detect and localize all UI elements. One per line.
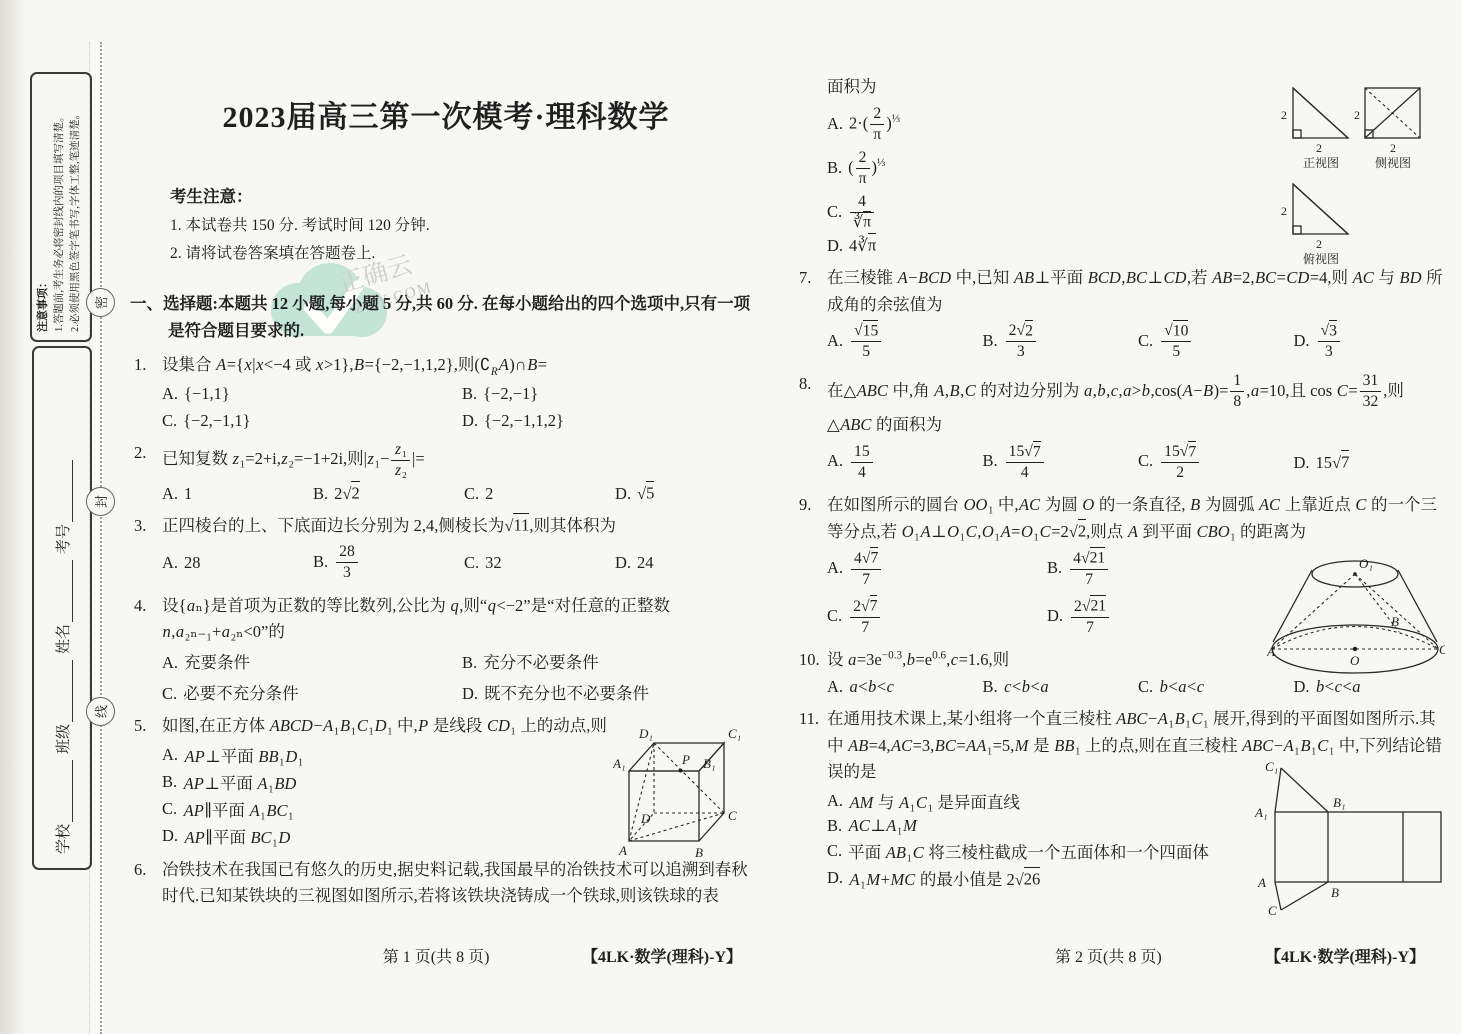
field-blank-line <box>56 560 73 622</box>
question-4: 4.设{aₙ}是首项为正数的等比数列,公比为 q,则“q<−2”是“对任意的正整… <box>130 593 762 704</box>
option-text: 15√72 <box>1159 451 1201 470</box>
option-label: D. <box>1294 453 1310 472</box>
option-A: A.1 <box>162 484 309 504</box>
option-text: b<a<c <box>1159 677 1204 696</box>
side-view-width: 2 <box>1390 141 1396 155</box>
options: A.4√77B.4√217C.2√77D.2√217 <box>795 549 1267 638</box>
option-label: B. <box>827 816 842 836</box>
option-label: A. <box>827 558 843 577</box>
option-text: 2√23 <box>1004 331 1038 350</box>
option-label: A. <box>162 653 178 672</box>
option-text: c<b<a <box>1004 677 1049 696</box>
unfold-label-C: C <box>1268 903 1277 918</box>
options: A.{−1,1}B.{−2,−1}C.{−2,−1,1}D.{−2,−1,1,2… <box>130 384 762 431</box>
scan-edge-shade <box>0 0 26 1034</box>
unfolded-prism-figure: C₁ A₁ B₁ A B C <box>1251 758 1443 918</box>
frustum-label-O1: O₁ <box>1359 556 1373 571</box>
option-label: C. <box>827 606 842 625</box>
option-text: 平面 AB₁C 将三棱柱截成一个五面体和一个四面体 <box>848 839 1209 863</box>
option-text: 15√7 <box>1316 450 1350 472</box>
field-label: 学校 <box>52 824 73 854</box>
question-number: 8. <box>799 371 811 398</box>
option-label: B. <box>983 331 998 350</box>
option-label: A. <box>827 114 843 134</box>
option-text: 2 <box>485 484 493 503</box>
option-text: AP∥平面 A₁BC₁ <box>183 797 294 821</box>
question-stem: 8.在△ABC 中,角 A,B,C 的对边分别为 a,b,c,a>b,cos(A… <box>795 371 1445 439</box>
option-D: D.√5 <box>615 484 762 504</box>
option-B: B.283 <box>313 542 460 583</box>
question-stem: 1.设集合 A={x|x<−4 或 x>1},B={−2,−1,1,2},则(∁… <box>130 352 762 380</box>
page-2: 面积为A.2·(2π)⅓B.(2π)⅓C.4∛πD.4∛π 2 2 正视图 2 … <box>795 0 1445 1034</box>
option-text: √5 <box>637 481 654 503</box>
sidebar-info-box: 学校 班级 姓名 考号 <box>32 346 92 870</box>
cube-label-C: C <box>728 808 737 823</box>
cube-figure: D₁ C₁ A₁ B₁ P D C A B <box>613 725 748 859</box>
options: A.AM 与 A₁C₁ 是异面直线B.AC⊥A₁MC.平面 AB₁C 将三棱柱截… <box>795 789 1287 890</box>
question-stem: 6.冶铁技术在我国已有悠久的历史,据史料记载,我国最早的冶铁技术可以追溯到春秋时… <box>130 857 762 910</box>
option-text: 2·(2π)⅓ <box>849 104 900 145</box>
sidebar-notice-line: 1.答题前,考生务必将密封线内的项目填写清楚。 <box>52 78 68 332</box>
field-name: 姓名 <box>52 560 73 654</box>
option-label: C. <box>162 799 177 819</box>
option-A: A.充要条件 <box>162 649 462 673</box>
option-label: D. <box>462 411 478 430</box>
options: A.1B.2√2C.2D.√5 <box>130 484 762 504</box>
option-label: C. <box>464 553 479 572</box>
cube-label-B: B <box>695 845 703 859</box>
option-text: (2π)⅓ <box>848 148 885 189</box>
option-label: C. <box>827 841 842 861</box>
option-D: D.2√217 <box>1047 597 1267 638</box>
cube-label-B1: B₁ <box>703 756 715 771</box>
side-view-height: 2 <box>1354 108 1360 122</box>
option-label: B. <box>983 677 998 696</box>
top-view-caption: 俯视图 <box>1303 252 1339 266</box>
frustum-figure: A O C O₁ B <box>1267 546 1445 688</box>
cube-label-D1: D₁ <box>638 726 653 741</box>
question-number: 2. <box>134 440 146 467</box>
unfold-label-A1: A₁ <box>1254 805 1267 820</box>
option-label: A. <box>827 451 843 470</box>
front-view-height: 2 <box>1281 108 1287 122</box>
option-D: D.既不充分也不必要条件 <box>462 680 762 704</box>
field-blank-line <box>56 660 73 722</box>
options: A.√155B.2√23C.√105D.√33 <box>795 321 1445 362</box>
cube-label-A1: A₁ <box>613 756 625 771</box>
seal-char-text: 线 <box>91 705 110 718</box>
option-text: 24 <box>637 553 654 572</box>
option-label: B. <box>462 653 477 672</box>
option-text: 2√2 <box>334 481 360 503</box>
paper-code: 【4LK·数学(理科)-Y】 <box>1265 944 1425 967</box>
question-stem: 9.在如图所示的圆台 OO₁ 中,AC 为圆 O 的一条直径, B 为圆弧 AC… <box>795 492 1445 545</box>
option-label: D. <box>162 826 178 846</box>
option-label: A. <box>162 745 178 765</box>
question-stem: 4.设{aₙ}是首项为正数的等比数列,公比为 q,则“q<−2”是“对任意的正整… <box>130 593 762 646</box>
unfold-label-B1: B₁ <box>1333 795 1345 810</box>
question-number: 9. <box>799 492 811 519</box>
cube-label-D: D <box>640 811 651 826</box>
option-C: C.2 <box>464 484 611 504</box>
option-text: 必要不充分条件 <box>183 684 299 703</box>
option-text: AM 与 A₁C₁ 是异面直线 <box>849 789 1020 813</box>
option-A: A.a<b<c <box>827 677 979 697</box>
option-text: AP∥平面 BC₁D <box>184 824 291 848</box>
field-school: 学校 <box>52 760 73 854</box>
options: A.充要条件B.充分不必要条件C.必要不充分条件D.既不充分也不必要条件 <box>130 649 762 704</box>
option-B: B.c<b<a <box>983 677 1135 697</box>
field-label: 姓名 <box>52 624 73 654</box>
option-A: A.4√77 <box>827 549 1047 590</box>
question-stem: 3.正四棱台的上、下底面边长分别为 2,4,侧棱长为√11,则其体积为 <box>130 513 762 540</box>
option-B: B.{−2,−1} <box>462 384 762 404</box>
seal-char-text: 封 <box>91 495 110 508</box>
option-label: D. <box>1047 606 1063 625</box>
option-text: {−1,1} <box>184 384 230 403</box>
option-text: 4∛π <box>849 236 876 256</box>
question-number: 5. <box>134 713 146 740</box>
field-class: 班级 <box>52 660 73 754</box>
option-C: C.32 <box>464 553 611 573</box>
option-text: a<b<c <box>849 677 894 696</box>
page-1: 2023届高三第一次模考·理科数学 考生注意： 1. 本试卷共 150 分. 考… <box>130 0 762 1034</box>
top-view-width: 2 <box>1316 237 1322 251</box>
question-stem: 7.在三棱锥 A−BCD 中,已知 AB⊥平面 BCD,BC⊥CD,若 AB=2… <box>795 265 1445 318</box>
option-A: A.154 <box>827 442 979 483</box>
sidebar-notice-title: 注意事项： <box>35 78 52 332</box>
option-text: A₁M+MC 的最小值是 2√26 <box>849 866 1040 890</box>
options: A.28B.283C.32D.24 <box>130 542 762 583</box>
option-text: 154 <box>849 451 875 470</box>
option-text: AP⊥平面 BB₁D₁ <box>184 743 303 767</box>
unfold-label-B: B <box>1331 885 1339 900</box>
frustum-label-O: O <box>1350 653 1360 668</box>
front-view-caption: 正视图 <box>1303 156 1339 170</box>
question-5: 5.如图,在正方体 ABCD−A₁B₁C₁D₁ 中,P 是线段 CD₁ 上的动点… <box>130 713 762 848</box>
sidebar-notice-line: 2.必须使用黑色签字笔书写,字体工整,笔迹清楚。 <box>68 78 84 332</box>
option-label: A. <box>162 384 178 403</box>
option-text: AP⊥平面 A₁BD <box>183 770 297 794</box>
option-text: √155 <box>849 331 883 350</box>
question-6: 6.冶铁技术在我国已有悠久的历史,据史料记载,我国最早的冶铁技术可以追溯到春秋时… <box>130 857 762 910</box>
question-7: 7.在三棱锥 A−BCD 中,已知 AB⊥平面 BCD,BC⊥CD,若 AB=2… <box>795 265 1445 362</box>
cube-label-P: P <box>681 752 690 767</box>
option-label: A. <box>162 553 178 572</box>
option-B: B.2√23 <box>983 321 1135 362</box>
option-label: C. <box>1138 677 1153 696</box>
option-label: C. <box>162 684 177 703</box>
option-text: 2√77 <box>848 606 882 625</box>
question-11: 11.在通用技术课上,某小组将一个直三棱柱 ABC−A₁B₁C₁ 展开,得到的平… <box>795 706 1445 890</box>
option-D: D.15√7 <box>1294 453 1446 473</box>
notice-line: 1. 本试卷共 150 分. 考试时间 120 分钟. <box>170 212 762 240</box>
option-label: C. <box>827 202 842 222</box>
option-text: {−2,−1} <box>483 384 538 403</box>
option-label: D. <box>462 684 478 703</box>
notice-heading: 考生注意： <box>170 182 762 212</box>
field-examno: 考号 <box>52 460 73 554</box>
page-number: 第 1 页(共 8 页) <box>383 944 490 967</box>
option-A: A.√155 <box>827 321 979 362</box>
option-B: B.4√217 <box>1047 549 1267 590</box>
question-continuation: 面积为A.2·(2π)⅓B.(2π)⅓C.4∛πD.4∛π 2 2 正视图 2 … <box>795 74 1445 256</box>
question-9: 9.在如图所示的圆台 OO₁ 中,AC 为圆 O 的一条直径, B 为圆弧 AC… <box>795 492 1445 638</box>
option-label: A. <box>162 484 178 503</box>
question-number: 11. <box>799 706 819 733</box>
option-C: C.2√77 <box>827 597 1047 638</box>
option-label: B. <box>313 484 328 503</box>
frustum-label-A: A <box>1267 644 1275 659</box>
option-label: A. <box>827 791 843 811</box>
cube-label-A: A <box>618 843 627 858</box>
option-A: A.{−1,1} <box>162 384 462 404</box>
option-label: A. <box>827 677 843 696</box>
three-views-figure: 2 2 正视图 2 2 侧视图 2 2 俯视图 <box>1263 74 1435 270</box>
option-text: 既不充分也不必要条件 <box>484 684 649 703</box>
question-list-page2: 面积为A.2·(2π)⅓B.(2π)⅓C.4∛πD.4∛π 2 2 正视图 2 … <box>795 74 1445 890</box>
sidebar-notice-box: 注意事项： 1.答题前,考生务必将密封线内的项目填写清楚。 2.必须使用黑色签字… <box>30 72 92 342</box>
seal-line <box>100 42 102 1034</box>
page-number: 第 2 页(共 8 页) <box>1055 944 1162 967</box>
top-view-height: 2 <box>1281 204 1287 218</box>
notice-line: 2. 请将试卷答案填在答题卷上. <box>170 240 762 268</box>
option-C: C.15√72 <box>1138 442 1290 483</box>
option-label: B. <box>827 158 842 178</box>
frustum-label-B: B <box>1391 614 1399 629</box>
question-number: 10. <box>799 647 820 674</box>
options: A.154B.15√74C.15√72D.15√7 <box>795 442 1445 483</box>
option-text: 1 <box>184 484 192 503</box>
option-C: C.必要不充分条件 <box>162 680 462 704</box>
option-text: 32 <box>485 553 502 572</box>
question-8: 8.在△ABC 中,角 A,B,C 的对边分别为 a,b,c,a>b,cos(A… <box>795 371 1445 483</box>
option-D: D.{−2,−1,1,2} <box>462 411 762 431</box>
option-B: B.AC⊥A₁M <box>827 816 1287 836</box>
option-label: D. <box>615 484 631 503</box>
cube-label-C1: C₁ <box>728 726 741 741</box>
option-D: D.24 <box>615 553 762 573</box>
question-1: 1.设集合 A={x|x<−4 或 x>1},B={−2,−1,1,2},则(∁… <box>130 352 762 430</box>
option-C: C.{−2,−1,1} <box>162 411 462 431</box>
option-text: {−2,−1,1} <box>183 411 250 430</box>
option-B: B.充分不必要条件 <box>462 649 762 673</box>
option-label: C. <box>464 484 479 503</box>
option-label: B. <box>162 772 177 792</box>
option-text: 4√77 <box>849 558 883 577</box>
option-label: D. <box>827 236 843 256</box>
seal-char-feng: 封 <box>86 487 115 516</box>
question-2: 2.已知复数 z₁=2+i,z₂=−1+2i,则|z₁−z₁z₂|=A.1B.2… <box>130 440 762 504</box>
option-label: A. <box>827 331 843 350</box>
option-B: B.2√2 <box>313 484 460 504</box>
option-C: C.平面 AB₁C 将三棱柱截成一个五面体和一个四面体 <box>827 839 1287 863</box>
option-B: B.15√74 <box>983 442 1135 483</box>
unfold-label-C1: C₁ <box>1265 759 1278 774</box>
candidate-notice: 考生注意： 1. 本试卷共 150 分. 考试时间 120 分钟. 2. 请将试… <box>170 182 762 267</box>
option-D: D.A₁M+MC 的最小值是 2√26 <box>827 866 1287 890</box>
exam-sheet: 密 封 线 注意事项： 1.答题前,考生务必将密封线内的项目填写清楚。 2.必须… <box>0 0 1462 1034</box>
option-label: B. <box>462 384 477 403</box>
question-number: 4. <box>134 593 146 620</box>
option-label: D. <box>827 868 843 888</box>
option-text: 283 <box>334 552 360 571</box>
field-label: 班级 <box>52 724 73 754</box>
question-stem: 2.已知复数 z₁=2+i,z₂=−1+2i,则|z₁−z₁z₂|= <box>130 440 762 481</box>
exam-title: 2023届高三第一次模考·理科数学 <box>130 92 762 136</box>
option-A: A.AM 与 A₁C₁ 是异面直线 <box>827 789 1287 813</box>
option-text: 充分不必要条件 <box>483 653 599 672</box>
option-A: A.28 <box>162 553 309 573</box>
option-label: C. <box>1138 331 1153 350</box>
field-label: 考号 <box>52 524 73 554</box>
option-label: D. <box>615 553 631 572</box>
question-3: 3.正四棱台的上、下底面边长分别为 2,4,侧棱长为√11,则其体积为A.28B… <box>130 513 762 584</box>
option-text: AC⊥A₁M <box>848 816 917 836</box>
question-list-page1: 1.设集合 A={x|x<−4 或 x>1},B={−2,−1,1,2},则(∁… <box>130 352 762 910</box>
question-number: 1. <box>134 352 146 379</box>
option-label: B. <box>1047 558 1062 577</box>
seal-char-xian: 线 <box>86 697 115 726</box>
paper-code: 【4LK·数学(理科)-Y】 <box>582 944 742 967</box>
option-label: B. <box>313 552 328 571</box>
option-label: B. <box>983 451 998 470</box>
option-text: 充要条件 <box>184 653 250 672</box>
option-text: 28 <box>184 553 201 572</box>
unfold-label-A: A <box>1257 875 1266 890</box>
seal-char-mi: 密 <box>86 288 115 317</box>
option-label: D. <box>1294 331 1310 350</box>
option-text: 4∛π <box>848 192 876 233</box>
side-view-caption: 侧视图 <box>1375 156 1411 170</box>
question-number: 6. <box>134 857 146 884</box>
option-text: √33 <box>1316 331 1342 350</box>
question-number: 3. <box>134 513 146 540</box>
option-text: √105 <box>1159 331 1193 350</box>
option-D: D.√33 <box>1294 321 1446 362</box>
option-text: 4√217 <box>1068 558 1110 577</box>
section-heading: 一、选择题:本题共 12 小题,每小题 5 分,共 60 分. 在每小题给出的四… <box>130 291 762 344</box>
question-number: 7. <box>799 265 811 292</box>
field-blank-line <box>56 760 73 822</box>
field-blank-line <box>56 460 73 522</box>
frustum-label-C: C <box>1439 642 1445 657</box>
option-text: {−2,−1,1,2} <box>484 411 564 430</box>
option-label: C. <box>162 411 177 430</box>
option-text: 2√217 <box>1069 606 1111 625</box>
option-C: C.√105 <box>1138 321 1290 362</box>
seal-char-text: 密 <box>91 296 110 309</box>
option-text: 15√74 <box>1004 451 1046 470</box>
front-view-width: 2 <box>1316 141 1322 155</box>
option-label: C. <box>1138 451 1153 470</box>
